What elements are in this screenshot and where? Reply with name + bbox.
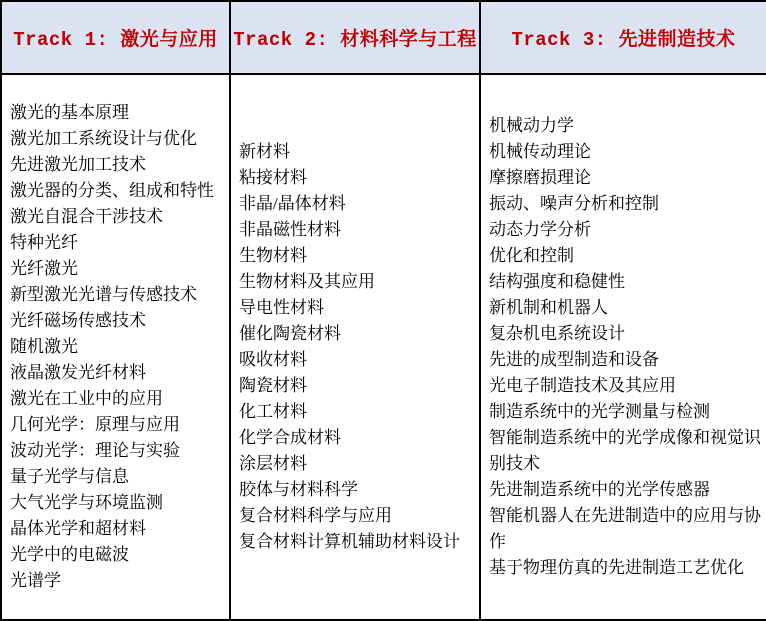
topic-item: 智能制造系统中的光学成像和视觉识别技术: [489, 425, 762, 477]
track1-topics-cell: 激光的基本原理激光加工系统设计与优化先进激光加工技术激光器的分类、组成和特性激光…: [1, 74, 230, 620]
topic-item: 光电子制造技术及其应用: [489, 373, 762, 399]
topic-item: 光纤激光: [10, 256, 225, 282]
topic-item: 化学合成材料: [239, 425, 475, 451]
topic-item: 晶体光学和超材料: [10, 516, 225, 542]
topic-item: 液晶激发光纤材料: [10, 360, 225, 386]
topic-item: 复杂机电系统设计: [489, 321, 762, 347]
topic-item: 特种光纤: [10, 230, 225, 256]
topic-item: 导电性材料: [239, 295, 475, 321]
conference-tracks-table: Track 1: 激光与应用 Track 2: 材料科学与工程 Track 3:…: [0, 0, 766, 621]
track2-topics-cell: 新材料粘接材料非晶/晶体材料非晶磁性材料生物材料生物材料及其应用导电性材料催化陶…: [230, 74, 480, 620]
topic-item: 激光的基本原理: [10, 100, 225, 126]
track3-topics-cell: 机械动力学机械传动理论摩擦磨损理论振动、噪声分析和控制动态力学分析优化和控制结构…: [480, 74, 766, 620]
topic-item: 大气光学与环境监测: [10, 490, 225, 516]
topic-item: 光谱学: [10, 568, 225, 594]
track-body-row: 激光的基本原理激光加工系统设计与优化先进激光加工技术激光器的分类、组成和特性激光…: [1, 74, 766, 620]
track-header-row: Track 1: 激光与应用 Track 2: 材料科学与工程 Track 3:…: [1, 1, 766, 74]
track1-header: Track 1: 激光与应用: [1, 1, 230, 74]
topic-item: 激光自混合干涉技术: [10, 204, 225, 230]
topic-item: 新机制和机器人: [489, 295, 762, 321]
topic-item: 非晶/晶体材料: [239, 191, 475, 217]
topic-item: 催化陶瓷材料: [239, 321, 475, 347]
topic-item: 几何光学：原理与应用: [10, 412, 225, 438]
topic-item: 光纤磁场传感技术: [10, 308, 225, 334]
topic-item: 生物材料: [239, 243, 475, 269]
topic-item: 吸收材料: [239, 347, 475, 373]
topic-item: 粘接材料: [239, 165, 475, 191]
topic-item: 非晶磁性材料: [239, 217, 475, 243]
track2-header: Track 2: 材料科学与工程: [230, 1, 480, 74]
topic-item: 复合材料科学与应用: [239, 503, 475, 529]
topic-item: 先进的成型制造和设备: [489, 347, 762, 373]
topic-item: 激光器的分类、组成和特性: [10, 178, 225, 204]
topic-item: 光学中的电磁波: [10, 542, 225, 568]
topic-item: 智能机器人在先进制造中的应用与协作: [489, 503, 762, 555]
topic-item: 复合材料计算机辅助材料设计: [239, 529, 475, 555]
topic-item: 量子光学与信息: [10, 464, 225, 490]
topic-item: 机械动力学: [489, 113, 762, 139]
topic-item: 新型激光光谱与传感技术: [10, 282, 225, 308]
topic-item: 制造系统中的光学测量与检测: [489, 399, 762, 425]
topic-item: 激光加工系统设计与优化: [10, 126, 225, 152]
track3-header: Track 3: 先进制造技术: [480, 1, 766, 74]
topic-item: 先进制造系统中的光学传感器: [489, 477, 762, 503]
topic-item: 随机激光: [10, 334, 225, 360]
topic-item: 生物材料及其应用: [239, 269, 475, 295]
topic-item: 化工材料: [239, 399, 475, 425]
topic-item: 结构强度和稳健性: [489, 269, 762, 295]
topic-item: 陶瓷材料: [239, 373, 475, 399]
topic-item: 激光在工业中的应用: [10, 386, 225, 412]
topic-item: 振动、噪声分析和控制: [489, 191, 762, 217]
topic-item: 胶体与材料科学: [239, 477, 475, 503]
topic-item: 摩擦磨损理论: [489, 165, 762, 191]
topic-item: 涂层材料: [239, 451, 475, 477]
topic-item: 波动光学：理论与实验: [10, 438, 225, 464]
topic-item: 动态力学分析: [489, 217, 762, 243]
topic-item: 基于物理仿真的先进制造工艺优化: [489, 555, 762, 581]
topic-item: 新材料: [239, 139, 475, 165]
topic-item: 优化和控制: [489, 243, 762, 269]
topic-item: 机械传动理论: [489, 139, 762, 165]
topic-item: 先进激光加工技术: [10, 152, 225, 178]
